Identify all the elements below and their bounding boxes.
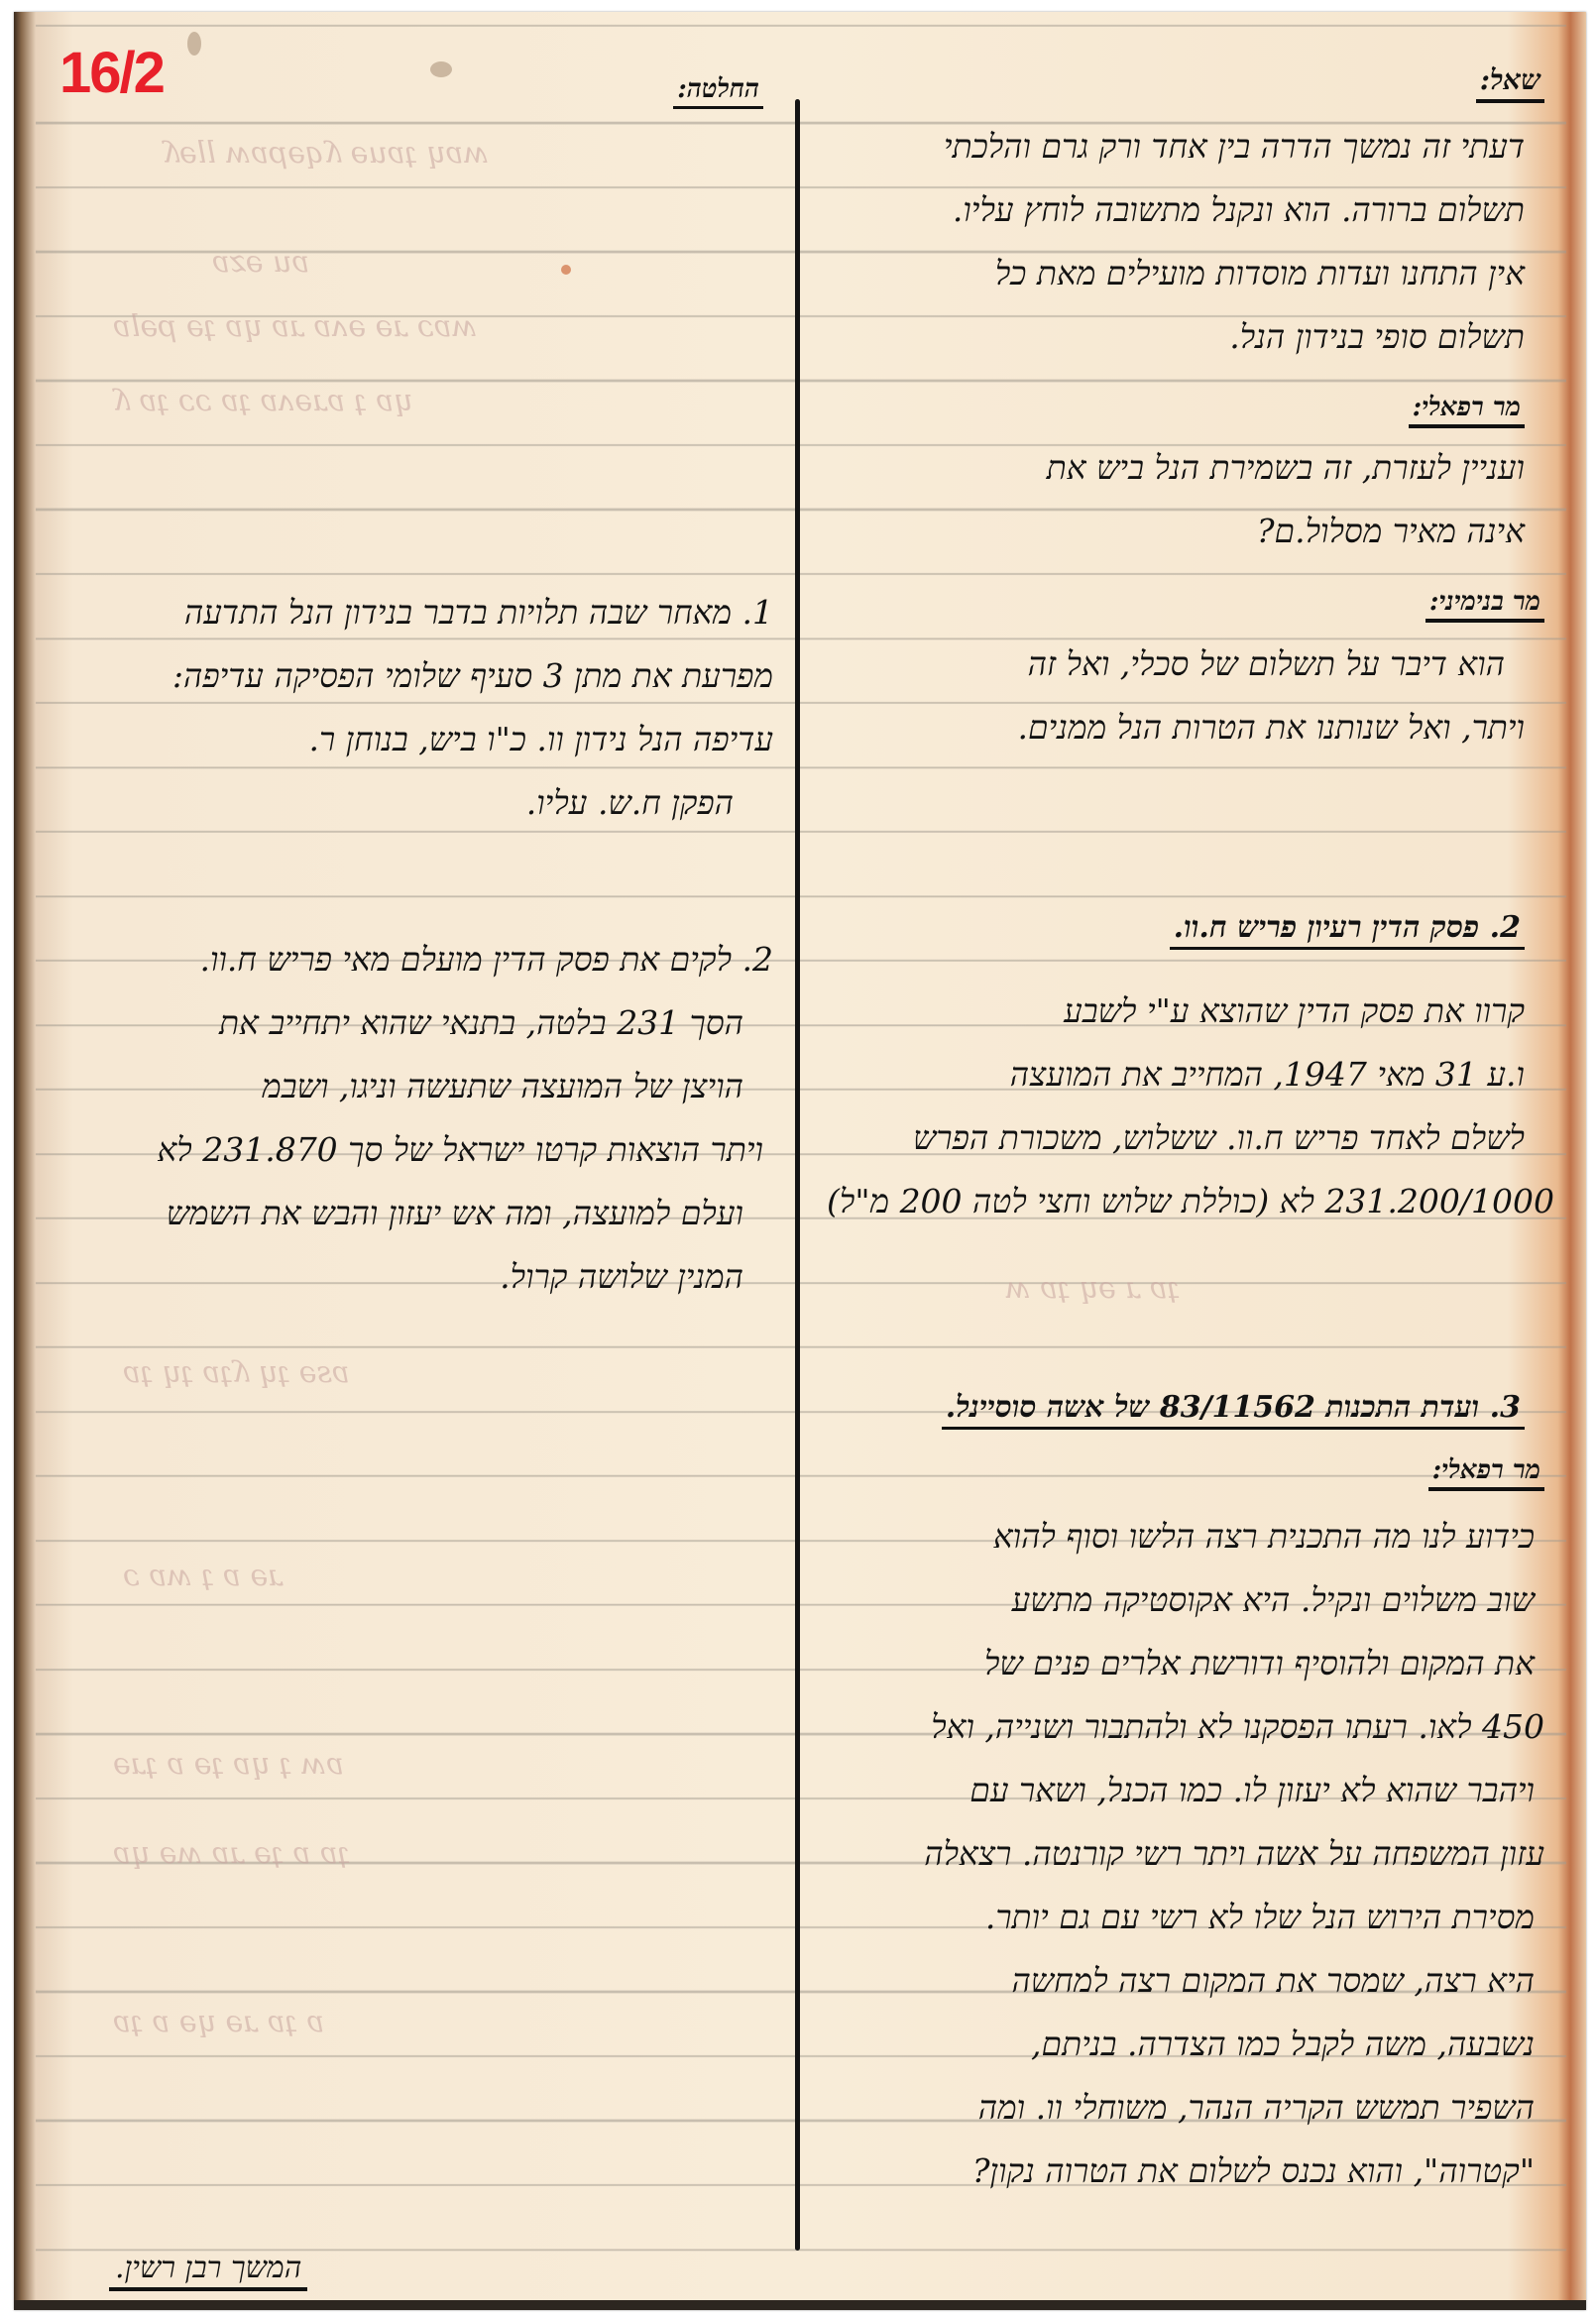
section-3-line: 450 לאו. רעתו הפסקנו לא ולהתבור ושנייה, … bbox=[931, 1707, 1544, 1747]
intro-line: דעתי זה נמשך הדרה בין אחד ורק גרם והלכתי bbox=[944, 127, 1525, 167]
intro-line: תשלום סופי בנידון הנל. bbox=[1229, 317, 1525, 357]
decision-2-line: המנין שלושה קרול. bbox=[500, 1257, 743, 1297]
decision-1-line: הפקן ח.ש. עליו. bbox=[526, 783, 734, 823]
section-3-line: מסירת הירוש הנל שלו לא רשי עם גם יותר. bbox=[985, 1898, 1535, 1937]
intro-line: תשלום ברורה. הוא ונקנל מתשובה לוחץ עליו. bbox=[953, 190, 1525, 230]
section-2-title: 2. פסק הדין רעיון פריש ח.וו. bbox=[1170, 910, 1525, 950]
section-3-speaker-label: מר רפאלי: bbox=[1428, 1455, 1544, 1491]
right-column: שאל: דעתי זה נמשך הדרה בין אחד ורק גרם ו… bbox=[811, 0, 1564, 2317]
decision-2-line: הסך 231 בלטה, בתנאי שהוא יתחייב את bbox=[219, 1003, 743, 1043]
decision-1-line: עדיפה הנל נידון וו. כ"ו ביש, בנוחן ר. bbox=[309, 720, 773, 759]
speaker-line: אינה מאיר מסלול.ם? bbox=[1257, 512, 1525, 551]
continuation-signature: המשך רבן רשין. bbox=[109, 2251, 307, 2291]
decision-2-line: ועלם למועצה, ומה אש יעזון והבש את השמש bbox=[167, 1194, 743, 1233]
column-divider bbox=[795, 99, 800, 2251]
decision-1-line: 1. מאחר שבה תלויות בדבר בנידון הנל התדעה bbox=[184, 593, 773, 633]
section-2-line: 231.200/1000 לא (כוללת שלוש וחצי לטה 200… bbox=[827, 1182, 1554, 1221]
section-3-line: היא רצה, שמסר את המקום רצה למחשה bbox=[1011, 1961, 1535, 2001]
speaker-label: מר בנימיני: bbox=[1425, 587, 1544, 623]
decision-2-line: ויתר הוצאות קרטו ישראל של סך 231.870 לא bbox=[157, 1130, 763, 1170]
right-column-heading: שאל: bbox=[1476, 63, 1544, 103]
section-3-line: "קטרוה", והוא נכנס לשלום את הטרוה נקון? bbox=[972, 2151, 1535, 2191]
speaker-label: מר רפאלי: bbox=[1409, 393, 1525, 428]
speaker-line: ויתר, ואל שנותנו את הטרות הנל ממנים. bbox=[1018, 708, 1525, 748]
decision-2-line: הויצן של המועצה שתעשה וניגו, ושבמ bbox=[262, 1067, 743, 1106]
section-2-line: קרוו את פסק הדין שהוצא ע"י לשבע bbox=[1064, 991, 1525, 1031]
section-3-line: שוב משלוים ונקיל. היא אקוסטיקה מתשע bbox=[1012, 1580, 1535, 1620]
section-3-line: נשבעה, משה לקבל כמו הצדרה. בניתם, bbox=[1031, 2025, 1535, 2064]
section-2-line: לשלם לאחד פריש ח.וו. ששלוש, משכורת הפרש bbox=[913, 1118, 1525, 1158]
section-3-line: ויהבר שהוא לא יעזון לו. כמו הכנל, ושאר ע… bbox=[969, 1771, 1535, 1810]
section-3-title: 3. ועדת התכנות 83/11562 של אשה סוסיינל. bbox=[942, 1390, 1525, 1430]
speaker-line: הוא דיבר על תשלום של סכלי, ואל זה bbox=[1028, 644, 1505, 684]
left-column-heading: החלטה: bbox=[673, 74, 763, 109]
section-3-line: עזון המשפחה על אשה ויתר רשי קורנטה. רצאל… bbox=[924, 1834, 1544, 1874]
left-column: החלטה: 1. מאחר שבה תלויות בדבר בנידון הנ… bbox=[40, 0, 783, 2317]
section-3-line: את המקום ולהוסיף ודורשת אלרים פנים של bbox=[984, 1644, 1535, 1683]
decision-1-line: מפרעת את מתן 3 סעיף שלומי הפסיקה עדיפה: bbox=[172, 656, 773, 696]
section-3-line: השפיר תמשש הקריה הנהר, משוחלי וו. ומה bbox=[978, 2088, 1535, 2128]
intro-line: אין התחנו ועדות מוסדות מועילים מאת כל bbox=[995, 254, 1525, 293]
decision-2-line: 2. לקים את פסק הדין מועלם מאי פריש ח.וו. bbox=[200, 940, 773, 980]
section-2-line: ו.ע 31 מאי 1947, המחייב את המועצה bbox=[1010, 1055, 1525, 1095]
speaker-line: ועניין לעזרת, זה בשמירת הנל ביש את bbox=[1047, 448, 1525, 488]
section-3-line: כידוע לנו מה התכנית רצה הלשו וסוף להוא bbox=[993, 1517, 1535, 1557]
